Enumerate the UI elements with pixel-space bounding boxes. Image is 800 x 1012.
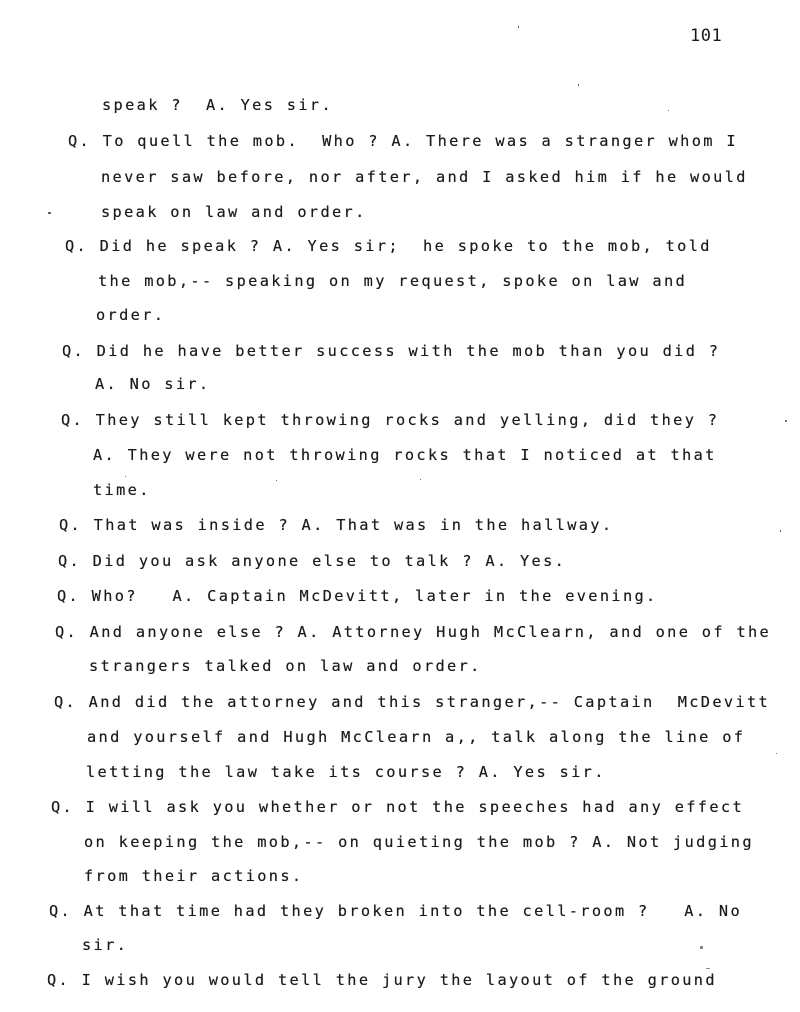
question-line: Q. And did the attorney and this strange…	[54, 692, 770, 712]
scan-speck	[48, 212, 51, 214]
scan-speck	[780, 530, 781, 532]
scan-speck	[518, 26, 519, 28]
question-line: Q. They still kept throwing rocks and ye…	[61, 410, 719, 430]
answer-line: and yourself and Hugh McClearn a,, talk …	[87, 727, 745, 747]
answer-line: the mob,-- speaking on my request, spoke…	[98, 271, 687, 291]
scan-speck	[706, 968, 710, 969]
answer-line: speak on law and order.	[101, 202, 367, 222]
scan-speck	[785, 420, 787, 422]
scan-speck	[776, 753, 777, 754]
question-line: Q. At that time had they broken into the…	[49, 901, 742, 921]
answer-line: A. No sir.	[95, 374, 211, 394]
scan-speck	[700, 946, 703, 949]
scan-speck	[420, 479, 421, 480]
page-number: 101	[690, 26, 722, 46]
question-line: Q. That was inside ? A. That was in the …	[59, 515, 613, 535]
answer-line: on keeping the mob,-- on quieting the mo…	[84, 832, 754, 852]
scan-speck	[125, 476, 126, 477]
question-line: Q. Did he have better success with the m…	[62, 341, 720, 361]
answer-line: A. They were not throwing rocks that I n…	[93, 445, 717, 465]
question-line: Q. Who? A. Captain McDevitt, later in th…	[57, 586, 658, 606]
scan-speck	[578, 84, 579, 86]
question-line: Q. Did he speak ? A. Yes sir; he spoke t…	[65, 236, 712, 256]
scan-speck	[276, 480, 277, 481]
question-line: Q. To quell the mob. Who ? A. There was …	[68, 131, 738, 151]
question-line: Q. I will ask you whether or not the spe…	[51, 797, 744, 817]
answer-line: time.	[93, 480, 151, 500]
answer-line: from their actions.	[84, 866, 303, 886]
answer-line: letting the law take its course ? A. Yes…	[86, 762, 606, 782]
answer-line: strangers talked on law and order.	[89, 656, 482, 676]
answer-line: speak ? A. Yes sir.	[102, 95, 333, 115]
answer-line: sir.	[82, 935, 128, 955]
answer-line: order.	[96, 305, 165, 325]
scan-speck	[668, 110, 669, 111]
answer-line: never saw before, nor after, and I asked…	[101, 167, 748, 187]
question-line: Q. And anyone else ? A. Attorney Hugh Mc…	[55, 622, 771, 642]
question-line: Q. Did you ask anyone else to talk ? A. …	[58, 551, 566, 571]
question-line: Q. I wish you would tell the jury the la…	[47, 970, 717, 990]
